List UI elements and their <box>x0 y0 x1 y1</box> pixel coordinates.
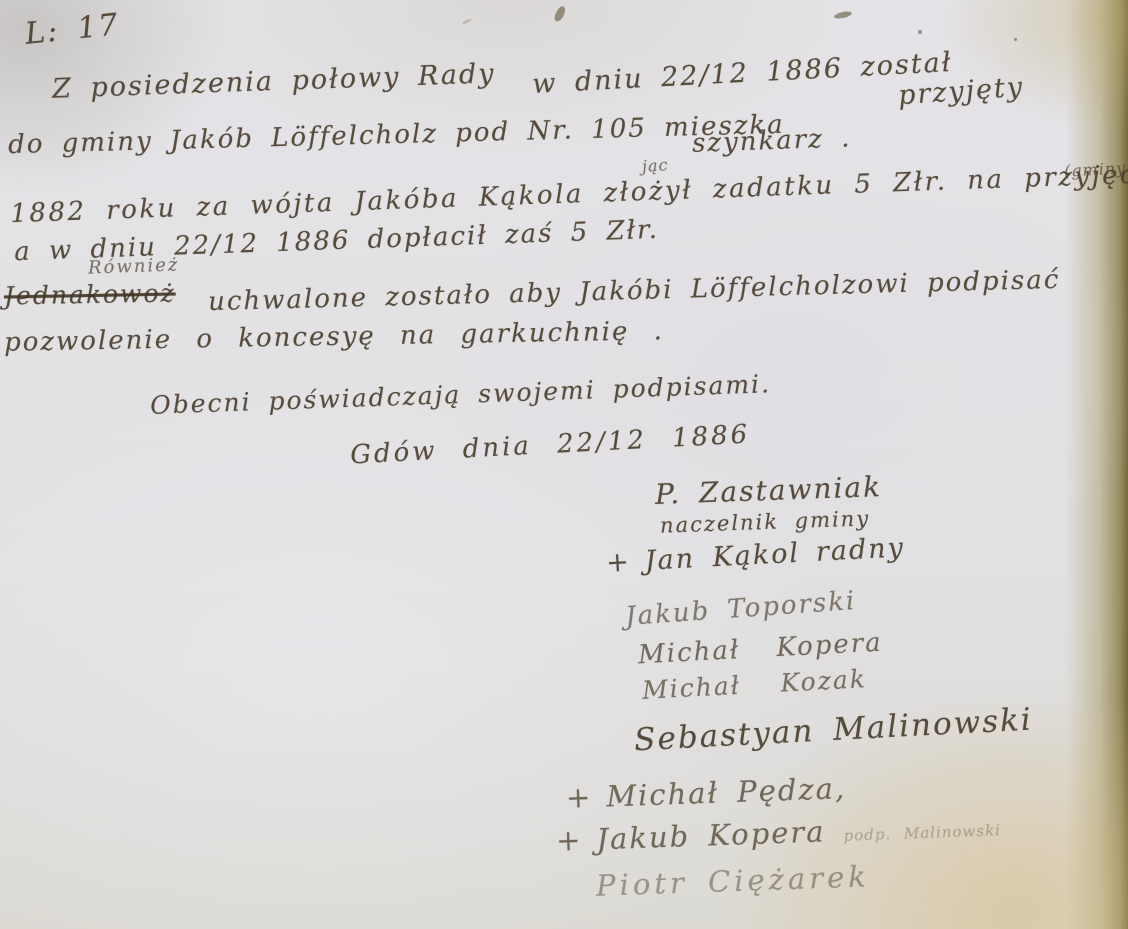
signature-line: +Jan Kąkolradny <box>605 532 905 579</box>
body-line1-part2: w dniu 22/12 1886 został <box>531 47 953 100</box>
signature-name: Michał Kozak <box>641 664 867 705</box>
attestation-line: Obecni poświadczają swojemi podpisami. <box>150 369 772 420</box>
ink-speck <box>462 18 472 25</box>
ink-speck <box>553 5 568 23</box>
struck-word: Jednakowoż <box>4 279 176 311</box>
body-line6: pozwolenie o koncesyę na garkuchnię . <box>4 316 664 358</box>
signature-name: Michał Kopera <box>637 628 883 671</box>
body-line5-rest: uchwalone zostało aby Jakóbi Löffelcholz… <box>208 265 1061 317</box>
signature-name: Michał Pędza, <box>606 771 847 813</box>
body-line1-part1: Z posiedzenia połowy Rady <box>52 58 496 104</box>
signature-name: Jan Kąkol <box>644 538 801 577</box>
signature-name: Piotr Ciężarek <box>595 859 870 903</box>
signature-note: podp. Malinowski <box>843 821 1001 844</box>
ink-speck <box>918 30 922 34</box>
reference-number: L: 17 <box>23 7 121 52</box>
signature-line: +Michał Pędza, <box>565 771 846 815</box>
signature-name: Jakub Kopera <box>596 814 826 856</box>
signature-name: Sebastyan Malinowski <box>633 702 1033 759</box>
cross-mark: + <box>556 823 583 858</box>
signature-title: naczelnik gminy <box>660 506 871 537</box>
cross-mark: + <box>605 547 631 579</box>
signature-name: P. Zastawniak <box>654 470 882 511</box>
ink-speck <box>834 10 853 20</box>
dateline: Gdów dnia 22/12 1886 <box>349 420 750 471</box>
body-line2-part2: szynkarz . <box>692 123 852 159</box>
cross-mark: + <box>565 780 592 815</box>
body-line2-part1: do gminy Jakób Löffelcholz pod Nr. 105 m… <box>8 110 785 160</box>
manuscript-page: L: 17 Z posiedzenia połowy Rady w dniu 2… <box>0 0 1128 929</box>
signature-line: +Jakub Koperapodp. Malinowski <box>556 808 1002 858</box>
interline-insertion: jąc <box>641 155 669 176</box>
ink-speck <box>1014 38 1017 41</box>
signature-title: radny <box>815 532 905 568</box>
correction-above: Również <box>88 254 180 278</box>
margin-superscript-gminy: (gminy <box>1064 158 1127 180</box>
signature-name: Jakub Toporski <box>624 586 857 632</box>
